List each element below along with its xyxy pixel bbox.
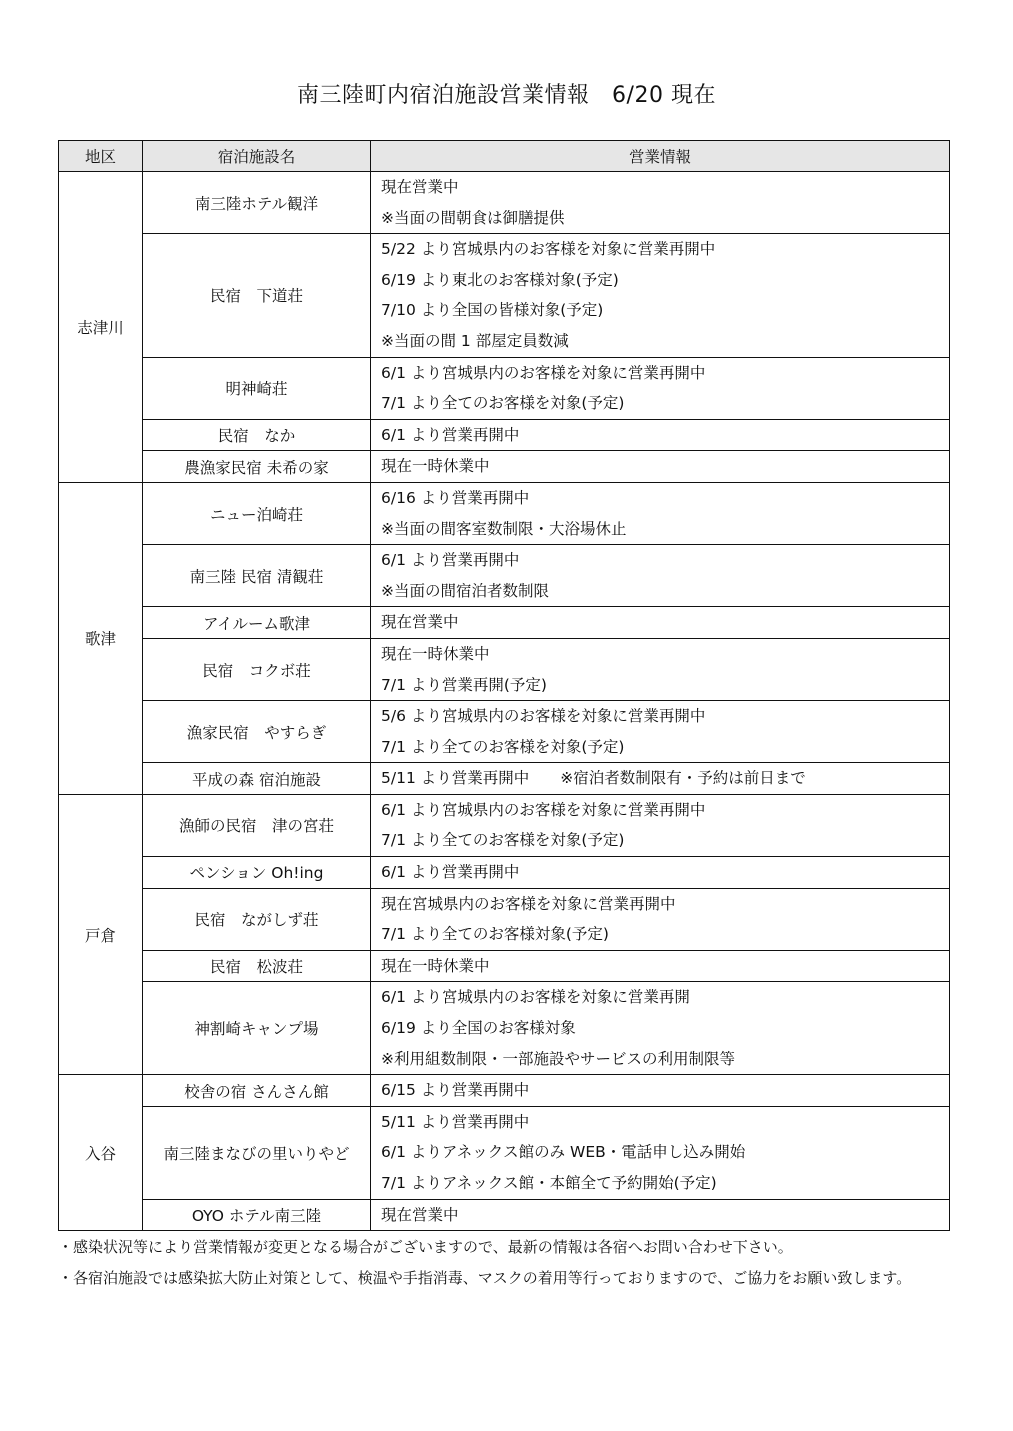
info-line: 7/1 より全てのお客様対象(予定) [381,919,949,950]
facility-name-cell: OYO ホテル南三陸 [143,1199,371,1231]
facility-name-cell: 平成の森 宿泊施設 [143,763,371,795]
business-info-cell: 現在宮城県内のお客様を対象に営業再開中7/1 より全てのお客様対象(予定) [371,888,950,950]
facility-name-cell: 南三陸ホテル観洋 [143,172,371,234]
area-cell: 志津川 [59,172,143,483]
business-info-cell: 6/16 より営業再開中※当面の間客室数制限・大浴場休止 [371,482,950,544]
business-info-cell: 6/15 より営業再開中 [371,1075,950,1107]
table-header-row: 地区 宿泊施設名 営業情報 [59,141,950,172]
business-info-cell: 現在一時休業中 [371,950,950,982]
info-line: 6/1 より営業再開中 [381,420,949,451]
facility-name-cell: アイルーム歌津 [143,607,371,639]
info-line: 7/1 より全てのお客様を対象(予定) [381,388,949,419]
info-line: 6/1 より宮城県内のお客様を対象に営業再開 [381,982,949,1013]
info-line: ※当面の間 1 部屋定員数減 [381,326,949,357]
info-line: 7/1 より全てのお客様を対象(予定) [381,732,949,763]
footnote: ・感染状況等により営業情報が変更となる場合がございますので、最新の情報は各宿へお… [58,1234,911,1265]
area-cell: 歌津 [59,482,143,794]
facility-name-cell: 明神崎荘 [143,357,371,419]
facility-name-cell: 民宿 ながしず荘 [143,888,371,950]
facility-name-cell: 漁家民宿 やすらぎ [143,701,371,763]
table-row: 民宿 コクボ荘現在一時休業中7/1 より営業再開(予定) [59,638,950,700]
info-line: ※当面の間客室数制限・大浴場休止 [381,514,949,545]
footnote: ・各宿泊施設では感染拡大防止対策として、検温や手指消毒、マスクの着用等行っており… [58,1265,911,1296]
info-line: 6/19 より全国のお客様対象 [381,1013,949,1044]
business-info-cell: 6/1 より営業再開中 [371,419,950,451]
info-line: 6/1 より営業再開中 [381,545,949,576]
table-row: 農漁家民宿 未希の家現在一時休業中 [59,451,950,483]
table-row: 明神崎荘6/1 より宮城県内のお客様を対象に営業再開中7/1 より全てのお客様を… [59,357,950,419]
info-line: 6/1 より営業再開中 [381,857,949,888]
facility-name-cell: 校舎の宿 さんさん館 [143,1075,371,1107]
info-line: ※利用組数制限・一部施設やサービスの利用制限等 [381,1044,949,1075]
business-info-cell: 6/1 より宮城県内のお客様を対象に営業再開中7/1 より全てのお客様を対象(予… [371,357,950,419]
info-line: 6/1 より宮城県内のお客様を対象に営業再開中 [381,795,949,826]
header-facility-name: 宿泊施設名 [143,141,371,172]
business-info-cell: 5/22 より宮城県内のお客様を対象に営業再開中6/19 より東北のお客様対象(… [371,234,950,357]
facility-name-cell: 南三陸 民宿 清観荘 [143,545,371,607]
table-row: 歌津ニュー泊崎荘6/16 より営業再開中※当面の間客室数制限・大浴場休止 [59,482,950,544]
info-line: 6/1 よりアネックス館のみ WEB・電話申し込み開始 [381,1137,949,1168]
info-line: 現在営業中 [381,607,949,638]
business-info-cell: 5/6 より宮城県内のお客様を対象に営業再開中7/1 より全てのお客様を対象(予… [371,701,950,763]
facility-name-cell: 漁師の民宿 津の宮荘 [143,794,371,856]
table-row: 民宿 ながしず荘現在宮城県内のお客様を対象に営業再開中7/1 より全てのお客様対… [59,888,950,950]
info-line: 現在一時休業中 [381,951,949,982]
info-line: 5/11 より営業再開中 ※宿泊者数制限有・予約は前日まで [381,763,949,794]
info-line: 現在営業中 [381,1200,949,1231]
info-line: 6/15 より営業再開中 [381,1075,949,1106]
facility-name-cell: ニュー泊崎荘 [143,482,371,544]
info-line: ※当面の間宿泊者数制限 [381,576,949,607]
business-info-cell: 現在営業中※当面の間朝食は御膳提供 [371,172,950,234]
info-line: 7/1 より営業再開(予定) [381,670,949,701]
area-cell: 戸倉 [59,794,143,1074]
info-line: 現在一時休業中 [381,451,949,482]
table-row: 平成の森 宿泊施設5/11 より営業再開中 ※宿泊者数制限有・予約は前日まで [59,763,950,795]
info-line: ※当面の間朝食は御膳提供 [381,203,949,234]
facility-name-cell: 農漁家民宿 未希の家 [143,451,371,483]
business-info-cell: 現在営業中 [371,607,950,639]
info-line: 6/16 より営業再開中 [381,483,949,514]
business-info-cell: 6/1 より宮城県内のお客様を対象に営業再開中7/1 より全てのお客様を対象(予… [371,794,950,856]
header-business-info: 営業情報 [371,141,950,172]
table-row: 戸倉漁師の民宿 津の宮荘6/1 より宮城県内のお客様を対象に営業再開中7/1 よ… [59,794,950,856]
table-row: ペンション Oh!ing6/1 より営業再開中 [59,857,950,889]
info-line: 7/1 より全てのお客様を対象(予定) [381,825,949,856]
info-line: 7/1 よりアネックス館・本館全て予約開始(予定) [381,1168,949,1199]
facility-name-cell: 神割崎キャンプ場 [143,982,371,1075]
info-line: 7/10 より全国の皆様対象(予定) [381,295,949,326]
business-info-cell: 6/1 より宮城県内のお客様を対象に営業再開6/19 より全国のお客様対象※利用… [371,982,950,1075]
table-row: OYO ホテル南三陸現在営業中 [59,1199,950,1231]
info-line: 現在宮城県内のお客様を対象に営業再開中 [381,889,949,920]
table-row: 志津川南三陸ホテル観洋現在営業中※当面の間朝食は御膳提供 [59,172,950,234]
facility-name-cell: 南三陸まなびの里いりやど [143,1106,371,1199]
table-row: 民宿 なか6/1 より営業再開中 [59,419,950,451]
table-row: 南三陸まなびの里いりやど5/11 より営業再開中6/1 よりアネックス館のみ W… [59,1106,950,1199]
table-row: 漁家民宿 やすらぎ5/6 より宮城県内のお客様を対象に営業再開中7/1 より全て… [59,701,950,763]
info-line: 5/6 より宮城県内のお客様を対象に営業再開中 [381,701,949,732]
facility-table: 地区 宿泊施設名 営業情報 志津川南三陸ホテル観洋現在営業中※当面の間朝食は御膳… [58,140,950,1231]
business-info-cell: 現在一時休業中7/1 より営業再開(予定) [371,638,950,700]
table-row: アイルーム歌津現在営業中 [59,607,950,639]
business-info-cell: 現在一時休業中 [371,451,950,483]
table-row: 入谷校舎の宿 さんさん館6/15 より営業再開中 [59,1075,950,1107]
business-info-cell: 5/11 より営業再開中 ※宿泊者数制限有・予約は前日まで [371,763,950,795]
header-area: 地区 [59,141,143,172]
info-line: 現在営業中 [381,172,949,203]
area-cell: 入谷 [59,1075,143,1231]
table-row: 民宿 松波荘現在一時休業中 [59,950,950,982]
facility-name-cell: 民宿 下道荘 [143,234,371,357]
business-info-cell: 6/1 より営業再開中※当面の間宿泊者数制限 [371,545,950,607]
table-body: 志津川南三陸ホテル観洋現在営業中※当面の間朝食は御膳提供民宿 下道荘5/22 よ… [59,172,950,1231]
info-line: 6/1 より宮城県内のお客様を対象に営業再開中 [381,358,949,389]
facility-name-cell: 民宿 コクボ荘 [143,638,371,700]
info-line: 6/19 より東北のお客様対象(予定) [381,265,949,296]
facility-name-cell: ペンション Oh!ing [143,857,371,889]
business-info-cell: 現在営業中 [371,1199,950,1231]
business-info-cell: 6/1 より営業再開中 [371,857,950,889]
facility-name-cell: 民宿 松波荘 [143,950,371,982]
info-line: 5/11 より営業再開中 [381,1107,949,1138]
info-line: 現在一時休業中 [381,639,949,670]
table-row: 民宿 下道荘5/22 より宮城県内のお客様を対象に営業再開中6/19 より東北の… [59,234,950,357]
document-title: 南三陸町内宿泊施設営業情報 6/20 現在 [0,78,1013,109]
table-row: 南三陸 民宿 清観荘6/1 より営業再開中※当面の間宿泊者数制限 [59,545,950,607]
footnotes: ・感染状況等により営業情報が変更となる場合がございますので、最新の情報は各宿へお… [58,1234,911,1296]
info-line: 5/22 より宮城県内のお客様を対象に営業再開中 [381,234,949,265]
table-row: 神割崎キャンプ場6/1 より宮城県内のお客様を対象に営業再開6/19 より全国の… [59,982,950,1075]
business-info-cell: 5/11 より営業再開中6/1 よりアネックス館のみ WEB・電話申し込み開始7… [371,1106,950,1199]
facility-name-cell: 民宿 なか [143,419,371,451]
